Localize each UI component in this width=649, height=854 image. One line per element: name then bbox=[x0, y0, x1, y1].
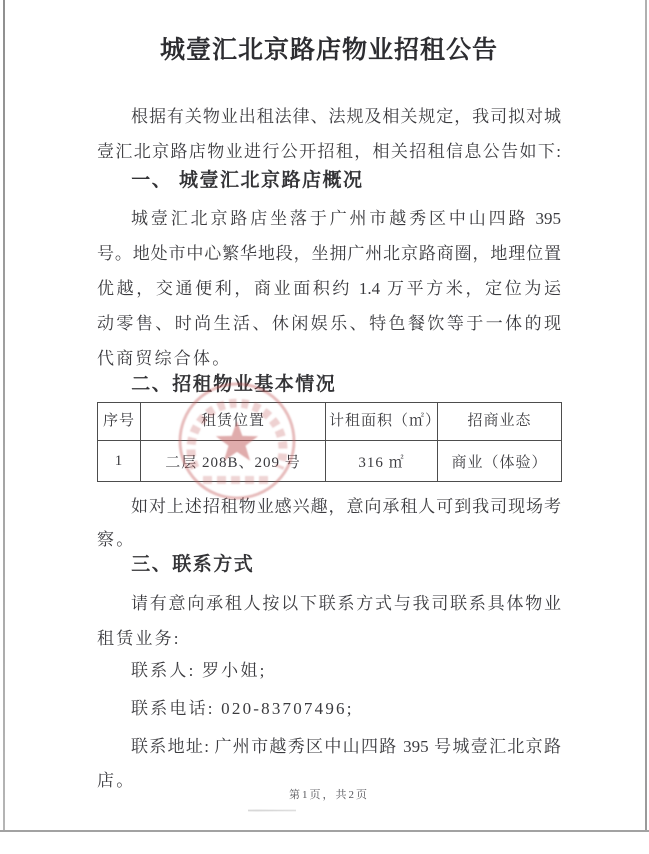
section-1-heading: 一、 城壹汇北京路店概况 bbox=[97, 166, 561, 196]
scan-edge-left bbox=[3, 0, 5, 831]
header-cell-no: 序号 bbox=[98, 403, 141, 441]
section-3-heading: 三、联系方式 bbox=[97, 550, 561, 580]
table-row: 1 二层 208B、209 号 316 ㎡ 商业（体验） bbox=[98, 441, 562, 482]
section-3-line-2: 租赁业务: bbox=[97, 621, 561, 656]
cell-no: 1 bbox=[98, 441, 141, 482]
section-3-line-1: 请有意向承租人按以下联系方式与我司联系具体物业 bbox=[97, 586, 561, 621]
header-cell-area: 计租面积（㎡） bbox=[326, 403, 438, 441]
section-1-line-4: 动零售、时尚生活、休闲娱乐、特色餐饮等于一体的现 bbox=[97, 306, 561, 341]
page-number-footer: 第1页，共2页 bbox=[97, 786, 561, 802]
section-1-line-1: 城壹汇北京路店坐落于广州市越秀区中山四路 395 bbox=[97, 201, 561, 236]
scanned-document-page: { "title": "城壹汇北京路店物业招租公告", "intro": { "… bbox=[0, 0, 649, 854]
cell-location: 二层 208B、209 号 bbox=[141, 441, 326, 482]
document-title: 城壹汇北京路店物业招租公告 bbox=[97, 30, 561, 66]
contact-address-line-1: 联系地址: 广州市越秀区中山四路 395 号城壹汇北京路 bbox=[97, 729, 561, 764]
scan-edge-bottom bbox=[0, 830, 649, 832]
cell-business: 商业（体验） bbox=[438, 441, 562, 482]
cell-area: 316 ㎡ bbox=[326, 441, 438, 482]
section-2-heading: 二、招租物业基本情况 bbox=[97, 370, 561, 400]
section-2-note-line-1: 如对上述招租物业感兴趣，意向承租人可到我司现场考 bbox=[97, 489, 561, 524]
contact-person-line: 联系人: 罗小姐; bbox=[97, 653, 561, 688]
scan-smudge bbox=[248, 809, 296, 812]
scan-edge-right bbox=[645, 0, 647, 831]
contact-phone-line: 联系电话: 020-83707496; bbox=[97, 691, 561, 726]
lease-table-header-row: 序号 租赁位置 计租面积（㎡） 招商业态 bbox=[98, 403, 562, 441]
header-cell-location: 租赁位置 bbox=[141, 403, 326, 441]
intro-line-2: 壹汇北京路店物业进行公开招租，相关招租信息公告如下: bbox=[97, 134, 561, 169]
header-cell-business: 招商业态 bbox=[438, 403, 562, 441]
section-1-line-2: 号。地处市中心繁华地段，坐拥广州北京路商圈，地理位置 bbox=[97, 236, 561, 271]
intro-line-1: 根据有关物业出租法律、法规及相关规定，我司拟对城 bbox=[97, 99, 561, 134]
lease-table: 序号 租赁位置 计租面积（㎡） 招商业态 1 二层 208B、209 号 316… bbox=[97, 402, 562, 482]
section-1-line-3: 优越，交通便利，商业面积约 1.4 万平方米，定位为运 bbox=[97, 271, 561, 306]
